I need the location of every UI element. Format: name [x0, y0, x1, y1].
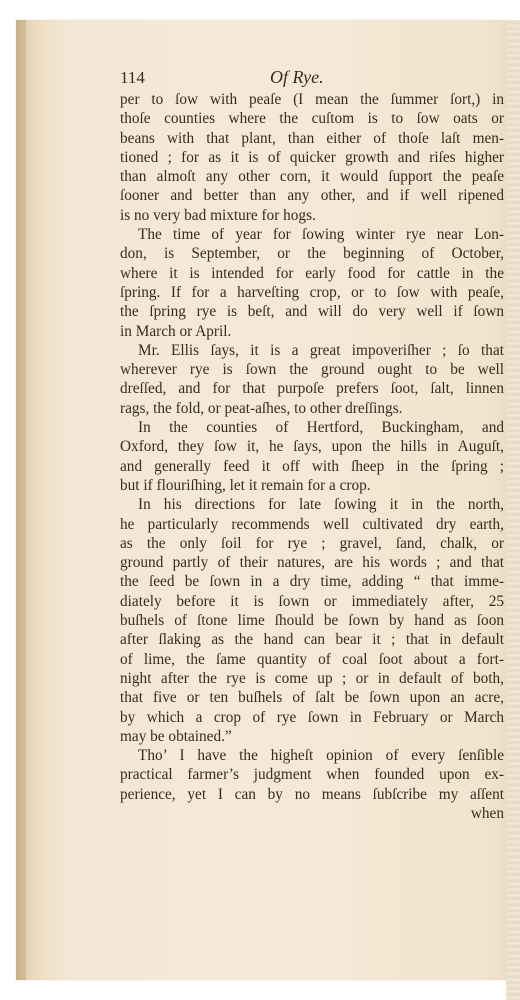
paragraph: In his directions for late ſowing it in …	[120, 495, 504, 746]
page-number: 114	[120, 68, 145, 87]
body-text: per to ſow with peaſe (I mean the ſummer…	[120, 90, 504, 804]
paragraph: Tho’ I have the higheſt opinion of every…	[120, 746, 504, 804]
page-header: 114 Of Rye.	[120, 68, 504, 90]
text-line: night after the rye is come up ; or in d…	[120, 669, 504, 688]
text-line: ſpring. If for a harveſting crop, or to …	[120, 283, 504, 302]
text-line: after ſlaking as the hand can bear it ; …	[120, 630, 504, 649]
text-line: Mr. Ellis ſays, it is a great impoveriſh…	[120, 341, 504, 360]
paragraph: In the counties of Hertford, Buckingham,…	[120, 418, 504, 495]
text-line: by which a crop of rye ſown in February …	[120, 708, 504, 727]
text-line: practical farmer’s judgment when founded…	[120, 765, 504, 784]
text-line: don, is September, or the beginning of O…	[120, 244, 504, 263]
text-line: rags, the fold, or peat-aſhes, to other …	[120, 399, 504, 418]
text-line: Tho’ I have the higheſt opinion of every…	[120, 746, 504, 765]
running-head: Of Rye.	[270, 68, 324, 87]
text-line: thoſe counties where the cuſtom is to ſo…	[120, 109, 504, 128]
catchword: when	[120, 804, 504, 823]
text-line: per to ſow with peaſe (I mean the ſummer…	[120, 90, 504, 109]
text-line: In the counties of Hertford, Buckingham,…	[120, 418, 504, 437]
text-line: is no very bad mixture for hogs.	[120, 206, 504, 225]
text-line: The time of year for ſowing winter rye n…	[120, 225, 504, 244]
text-line: wherever rye is ſown the ground ought to…	[120, 360, 504, 379]
text-line: that five or ten buſhels of ſalt be ſown…	[120, 688, 504, 707]
text-line: but if flouriſhing, let it remain for a …	[120, 476, 504, 495]
text-line: as the only ſoil for rye ; gravel, ſand,…	[120, 534, 504, 553]
text-line: In his directions for late ſowing it in …	[120, 495, 504, 514]
text-line: perience, yet I can by no means ſubſcrib…	[120, 785, 504, 804]
text-line: than almoſt any other corn, it would ſup…	[120, 167, 504, 186]
text-line: may be obtained.”	[120, 727, 504, 746]
paragraph: per to ſow with peaſe (I mean the ſummer…	[120, 90, 504, 225]
paragraph: The time of year for ſowing winter rye n…	[120, 225, 504, 341]
text-line: of lime, the ſame quantity of coal ſoot …	[120, 650, 504, 669]
text-line: buſhels of ſtone lime ſhould be ſown by …	[120, 611, 504, 630]
text-line: ſooner and better than any other, and if…	[120, 186, 504, 205]
text-line: Oxford, they ſow it, he ſays, upon the h…	[120, 437, 504, 456]
text-line: diately before it is ſown or immediately…	[120, 592, 504, 611]
page-gutter-edge	[16, 20, 26, 980]
text-line: the ſeed be ſown in a dry time, adding “…	[120, 572, 504, 591]
page-text-block: 114 Of Rye. per to ſow with peaſe (I mea…	[120, 68, 504, 823]
fore-edge-pages	[506, 20, 520, 1000]
text-line: in March or April.	[120, 322, 504, 341]
text-line: beans with that plant, than either of th…	[120, 129, 504, 148]
text-line: dreſſed, and for that purpoſe prefers ſo…	[120, 379, 504, 398]
text-line: ground partly of their natures, are his …	[120, 553, 504, 572]
text-line: and generally feed it off with ſheep in …	[120, 457, 504, 476]
text-line: tioned ; for as it is of quicker growth …	[120, 148, 504, 167]
paragraph: Mr. Ellis ſays, it is a great impoveriſh…	[120, 341, 504, 418]
text-line: the ſpring rye is beſt, and will do very…	[120, 302, 504, 321]
text-line: where it is intended for early food for …	[120, 264, 504, 283]
text-line: he particularly recommends well cultivat…	[120, 515, 504, 534]
